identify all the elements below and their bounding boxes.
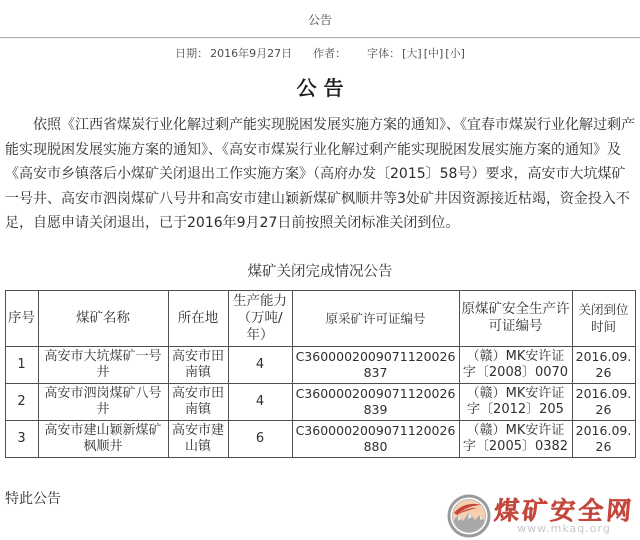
table-cell: 高安市田南镇 [168,383,228,420]
announcement-title: 公 告 [0,72,640,101]
table-cell: 2016.09.26 [572,383,635,420]
table-cell: 1 [5,346,38,383]
table-header-cell: 生产能力（万吨/年） [228,290,292,346]
table-cell: 高安市泗岗煤矿八号井 [38,383,168,420]
closure-table: 序号煤矿名称所在地生产能力（万吨/年）原采矿许可证编号原煤矿安全生产许可证编号关… [5,290,636,458]
date-label: 日期： [175,47,208,60]
meta-bar: 日期：2016年9月27日 作者： 字体：[大][中][小] [0,45,640,61]
font-size-small-link[interactable]: [小] [445,47,465,60]
table-cell: 高安市建山颖新煤矿枫顺井 [38,420,168,457]
site-name: 煤矿安全网 [493,497,635,524]
mkaq-emblem-icon [447,494,491,538]
table-cell: 2 [5,383,38,420]
table-body: 1高安市大坑煤矿一号井高安市田南镇4C360000200907112002683… [5,346,635,457]
announcement-body: 依照《江西省煤炭行业化解过剩产能实现脱困发展实施方案的通知》、《宜春市煤炭行业化… [5,113,635,236]
table-cell: 高安市田南镇 [168,346,228,383]
table-cell: C3600002009071120026839 [292,383,459,420]
page-header-title: 公告 [0,0,640,28]
font-size-large-link[interactable]: [大] [402,47,422,60]
announcement-page: 公告 日期：2016年9月27日 作者： 字体：[大][中][小] 公 告 依照… [0,0,640,540]
table-cell: （赣）MK安许证字〔2005〕0382 [459,420,572,457]
font-label: 字体： [367,47,400,60]
table-cell: 高安市大坑煤矿一号井 [38,346,168,383]
header-divider [0,37,640,39]
table-row: 1高安市大坑煤矿一号井高安市田南镇4C360000200907112002683… [5,346,635,383]
site-logo: 煤矿安全网 www.mkaq.org [447,494,634,538]
date-value: 2016年9月27日 [210,47,292,60]
table-header-cell: 煤矿名称 [38,290,168,346]
site-logo-text: 煤矿安全网 www.mkaq.org [494,497,634,535]
table-cell: 高安市建山镇 [168,420,228,457]
font-size-medium-link[interactable]: [中] [424,47,444,60]
table-cell: 4 [228,346,292,383]
table-cell: C3600002009071120026880 [292,420,459,457]
table-cell: 2016.09.26 [572,346,635,383]
table-title: 煤矿关闭完成情况公告 [0,260,640,281]
table-header-row: 序号煤矿名称所在地生产能力（万吨/年）原采矿许可证编号原煤矿安全生产许可证编号关… [5,290,635,346]
table-row: 3高安市建山颖新煤矿枫顺井高安市建山镇6C3600002009071120026… [5,420,635,457]
table-cell: C3600002009071120026837 [292,346,459,383]
table-cell: 2016.09.26 [572,420,635,457]
table-cell: （赣）MK安许证字〔2012〕205 [459,383,572,420]
table-header-cell: 所在地 [168,290,228,346]
table-cell: 3 [5,420,38,457]
table-header-cell: 原采矿许可证编号 [292,290,459,346]
table-cell: 4 [228,383,292,420]
table-row: 2高安市泗岗煤矿八号井高安市田南镇4C360000200907112002683… [5,383,635,420]
table-cell: （赣）MK安许证字〔2008〕0070 [459,346,572,383]
table-header-cell: 原煤矿安全生产许可证编号 [459,290,572,346]
author-label: 作者： [313,47,346,60]
table-header-cell: 序号 [5,290,38,346]
table-header-cell: 关闭到位时间 [572,290,635,346]
table-cell: 6 [228,420,292,457]
